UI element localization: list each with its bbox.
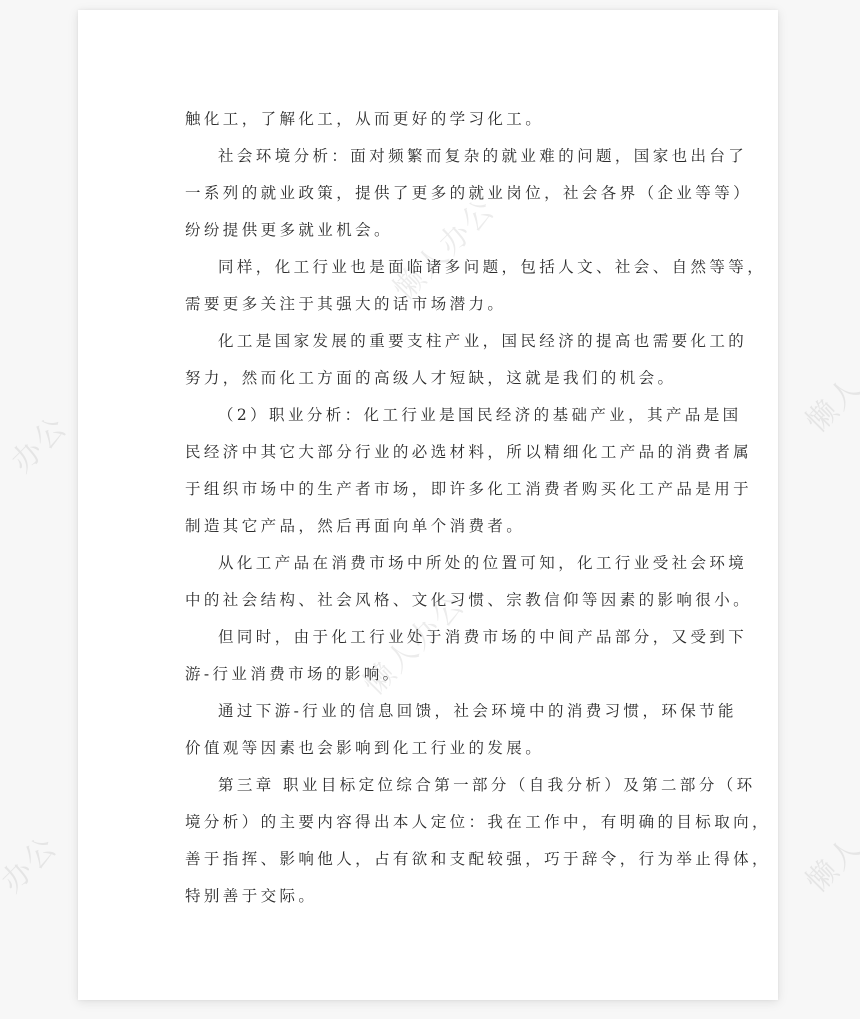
text-line: 从化工产品在消费市场中所处的位置可知，化工行业受社会环境 xyxy=(185,545,683,582)
document-page: 懒人办公 懒人办公 触化工，了解化工，从而更好的学习化工。 社会环境分析：面对频… xyxy=(78,10,778,1000)
text-line: 民经济中其它大部分行业的必选材料，所以精细化工产品的消费者属 xyxy=(185,434,683,471)
text-line: 制造其它产品，然后再面向单个消费者。 xyxy=(185,508,683,545)
watermark: 办公 xyxy=(0,824,65,900)
text-line: 努力，然而化工方面的高级人才短缺，这就是我们的机会。 xyxy=(185,360,683,397)
watermark: 懒人 xyxy=(794,824,860,900)
text-line: 触化工，了解化工，从而更好的学习化工。 xyxy=(185,101,683,138)
text-line: 游-行业消费市场的影响。 xyxy=(185,656,683,693)
text-line: 善于指挥、影响他人，占有欲和支配较强，巧于辞令，行为举止得体， xyxy=(185,841,683,878)
text-line: 一系列的就业政策，提供了更多的就业岗位，社会各界（企业等等） xyxy=(185,175,683,212)
document-body: 触化工，了解化工，从而更好的学习化工。 社会环境分析：面对频繁而复杂的就业难的问… xyxy=(185,101,683,915)
text-line: 于组织市场中的生产者市场，即许多化工消费者购买化工产品是用于 xyxy=(185,471,683,508)
text-line: 同样，化工行业也是面临诸多问题，包括人文、社会、自然等等， xyxy=(185,249,683,286)
text-line: 需要更多关注于其强大的话市场潜力。 xyxy=(185,286,683,323)
text-line: 价值观等因素也会影响到化工行业的发展。 xyxy=(185,730,683,767)
text-line: 纷纷提供更多就业机会。 xyxy=(185,212,683,249)
text-line: 特别善于交际。 xyxy=(185,878,683,915)
text-line: （2）职业分析：化工行业是国民经济的基础产业，其产品是国 xyxy=(185,397,683,434)
watermark: 懒人 xyxy=(794,364,860,440)
text-line: 中的社会结构、社会风格、文化习惯、宗教信仰等因素的影响很小。 xyxy=(185,582,683,619)
text-line: 第三章 职业目标定位综合第一部分（自我分析）及第二部分（环 xyxy=(185,767,683,804)
text-line: 化工是国家发展的重要支柱产业，国民经济的提高也需要化工的 xyxy=(185,323,683,360)
text-line: 通过下游-行业的信息回馈，社会环境中的消费习惯，环保节能 xyxy=(185,693,683,730)
text-line: 但同时，由于化工行业处于消费市场的中间产品部分，又受到下 xyxy=(185,619,683,656)
watermark: 办公 xyxy=(0,404,75,480)
text-line: 境分析）的主要内容得出本人定位：我在工作中，有明确的目标取向， xyxy=(185,804,683,841)
text-line: 社会环境分析：面对频繁而复杂的就业难的问题，国家也出台了 xyxy=(185,138,683,175)
